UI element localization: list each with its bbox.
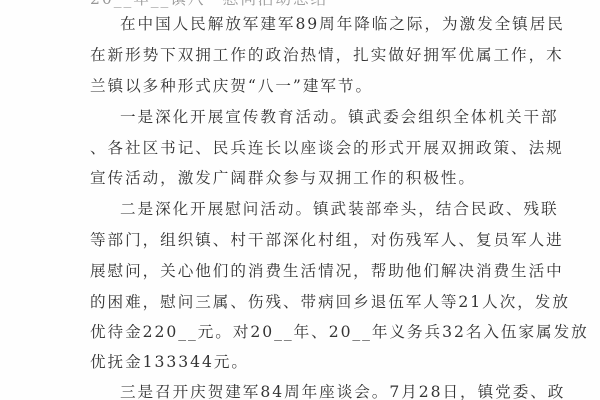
paragraph-section1-line-2: 、各社区书记、民兵连长以座谈会的形式开展双拥政策、法规 [90, 133, 514, 164]
paragraph-section2-line-5: 优待金220__元。对20__年、20__年义务兵32名入伍家属发放 [90, 317, 514, 348]
paragraph-section2-line-4: 的困难，慰问三属、伤残、带病回乡退伍军人等21人次，发放 [90, 287, 514, 318]
paragraph-section1-line-1: 一是深化开展宣传教育活动。镇武委会组织全体机关干部 [120, 102, 514, 133]
paragraph-section2-line-1: 二是深化开展慰问活动。镇武装部牵头，结合民政、残联 [120, 194, 514, 225]
paragraph-section2-line-6: 优抚金133344元。 [90, 347, 514, 378]
paragraph-section2-line-2: 等部门，组织镇、村干部深化村组，对伤残军人、复员军人进 [90, 225, 514, 256]
paragraph-section2-line-3: 展慰问，关心他们的消费生活情况，帮助他们解决消费生活中 [90, 256, 514, 287]
paragraph-intro-line-1: 在中国人民解放军建军89周年降临之际，为激发全镇居民 [120, 9, 514, 40]
paragraph-intro-line-3: 兰镇以多种形式庆贺“八一”建军节。 [90, 71, 514, 102]
paragraph-intro-line-2: 在新形势下双拥工作的政治热情，扎实做好拥军优属工作，木 [90, 40, 514, 71]
document-page: 20__年__镇八一慰问活动总结 在中国人民解放军建军89周年降临之际，为激发全… [0, 0, 600, 400]
paragraph-section3-line-1: 三是召开庆贺建军84周年座谈会。7月28日，镇党委、政 [120, 377, 514, 400]
paragraph-section1-line-3: 宣传活动，激发广阔群众参与双拥工作的积极性。 [90, 163, 514, 194]
